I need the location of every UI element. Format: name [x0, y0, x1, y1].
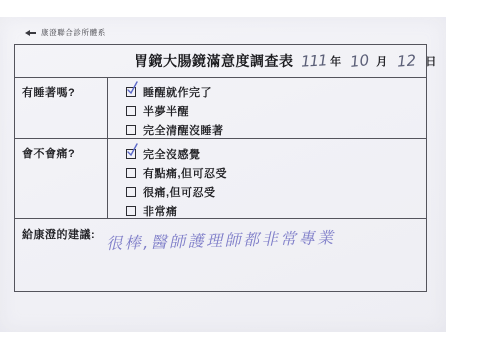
date-year-value: 111	[300, 51, 327, 70]
question-label-sleep: 有睡著嗎?	[15, 78, 108, 138]
option-label: 完全沒感覺	[143, 146, 201, 162]
option-label: 睡醒就作完了	[143, 84, 212, 100]
option-label: 半夢半醒	[143, 103, 189, 119]
checkbox-icon	[126, 206, 136, 216]
options-sleep: 睡醒就作完了 半夢半醒 完全清醒沒睡	[108, 78, 426, 138]
question-label-pain: 會不會痛?	[15, 139, 108, 218]
date-year-label: 年	[330, 53, 341, 69]
suggestion-row: 給康澄的建議: 很棒,醫師護理師都非常專業	[15, 219, 426, 293]
checkbox-icon	[126, 168, 136, 178]
clinic-brand: 康澄聯合診所體系	[24, 27, 106, 38]
option-item: 非常痛	[126, 201, 426, 220]
option-label: 很痛,但可忍受	[143, 184, 216, 200]
date-day-label: 日	[425, 53, 436, 69]
question-row-sleep: 有睡著嗎? 睡醒就作完了 半夢半醒	[15, 78, 426, 139]
handwritten-suggestion: 很棒,醫師護理師都非常專業	[106, 225, 336, 254]
option-label: 有點痛,但可忍受	[143, 165, 227, 181]
form-date: 111 年 10 月 12 日	[299, 52, 437, 70]
check-mark-icon	[125, 80, 140, 95]
checkbox-icon	[126, 106, 136, 116]
checkbox-icon	[126, 149, 136, 159]
option-label: 完全清醒沒睡著	[143, 122, 224, 138]
date-day-value: 12	[397, 51, 417, 70]
date-month-label: 月	[376, 53, 387, 69]
form-title: 胃鏡大腸鏡滿意度調查表	[134, 51, 294, 71]
option-label: 非常痛	[143, 203, 178, 219]
survey-form-table: 胃鏡大腸鏡滿意度調查表 111 年 10 月 12 日 有睡著嗎?	[14, 44, 427, 292]
checkbox-icon	[126, 125, 136, 135]
clinic-logo-icon	[24, 29, 37, 37]
form-title-row: 胃鏡大腸鏡滿意度調查表 111 年 10 月 12 日	[15, 45, 426, 78]
option-item: 完全沒感覺	[126, 144, 426, 163]
date-month-value: 10	[349, 51, 370, 71]
scanned-survey-page: 康澄聯合診所體系 胃鏡大腸鏡滿意度調查表 111 年 10 月 12 日 有睡著…	[0, 0, 480, 360]
option-item: 睡醒就作完了	[126, 82, 426, 101]
option-item: 有點痛,但可忍受	[126, 163, 426, 182]
suggestion-label: 給康澄的建議:	[22, 229, 95, 241]
question-row-pain: 會不會痛? 完全沒感覺 有點痛,但可忍受	[15, 139, 426, 219]
checkbox-icon	[126, 87, 136, 97]
options-pain: 完全沒感覺 有點痛,但可忍受 很痛,	[108, 139, 426, 218]
check-mark-icon	[125, 142, 140, 157]
option-item: 很痛,但可忍受	[126, 182, 426, 201]
checkbox-icon	[126, 187, 136, 197]
clinic-brand-name: 康澄聯合診所體系	[41, 27, 106, 38]
option-item: 半夢半醒	[126, 101, 426, 120]
option-item: 完全清醒沒睡著	[126, 120, 426, 139]
